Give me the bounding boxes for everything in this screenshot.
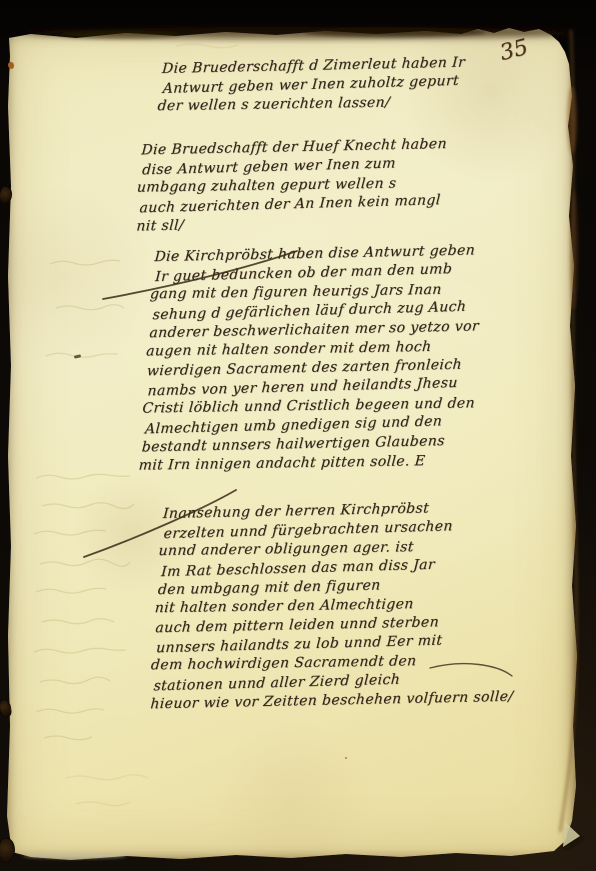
manuscript-line: der wellen s zuerichten lassen/: [157, 92, 463, 116]
paragraph-2: Die Bruedschafft der Huef Knecht habendi…: [136, 135, 448, 237]
paragraph-3: Die Kirchpröbst haben dise Antwurt geben…: [140, 241, 486, 476]
manuscript-page: 35 Die Bruederschafft d Zimerleut haben …: [6, 26, 578, 860]
manuscript-line: mit Irn innigen andacht pitten solle. E: [138, 451, 472, 475]
paragraph-1: Die Bruederschafft d Zimerleut haben IrA…: [159, 54, 466, 117]
paragraph-4: Inansehung der herren Kirchpröbsterzelte…: [150, 497, 527, 714]
scan-background: 35 Die Bruederschafft d Zimerleut haben …: [0, 0, 596, 871]
ink-speck: [345, 757, 347, 759]
manuscript-text: Die Bruederschafft d Zimerleut haben IrA…: [0, 20, 588, 866]
rust-speck: [8, 62, 14, 69]
